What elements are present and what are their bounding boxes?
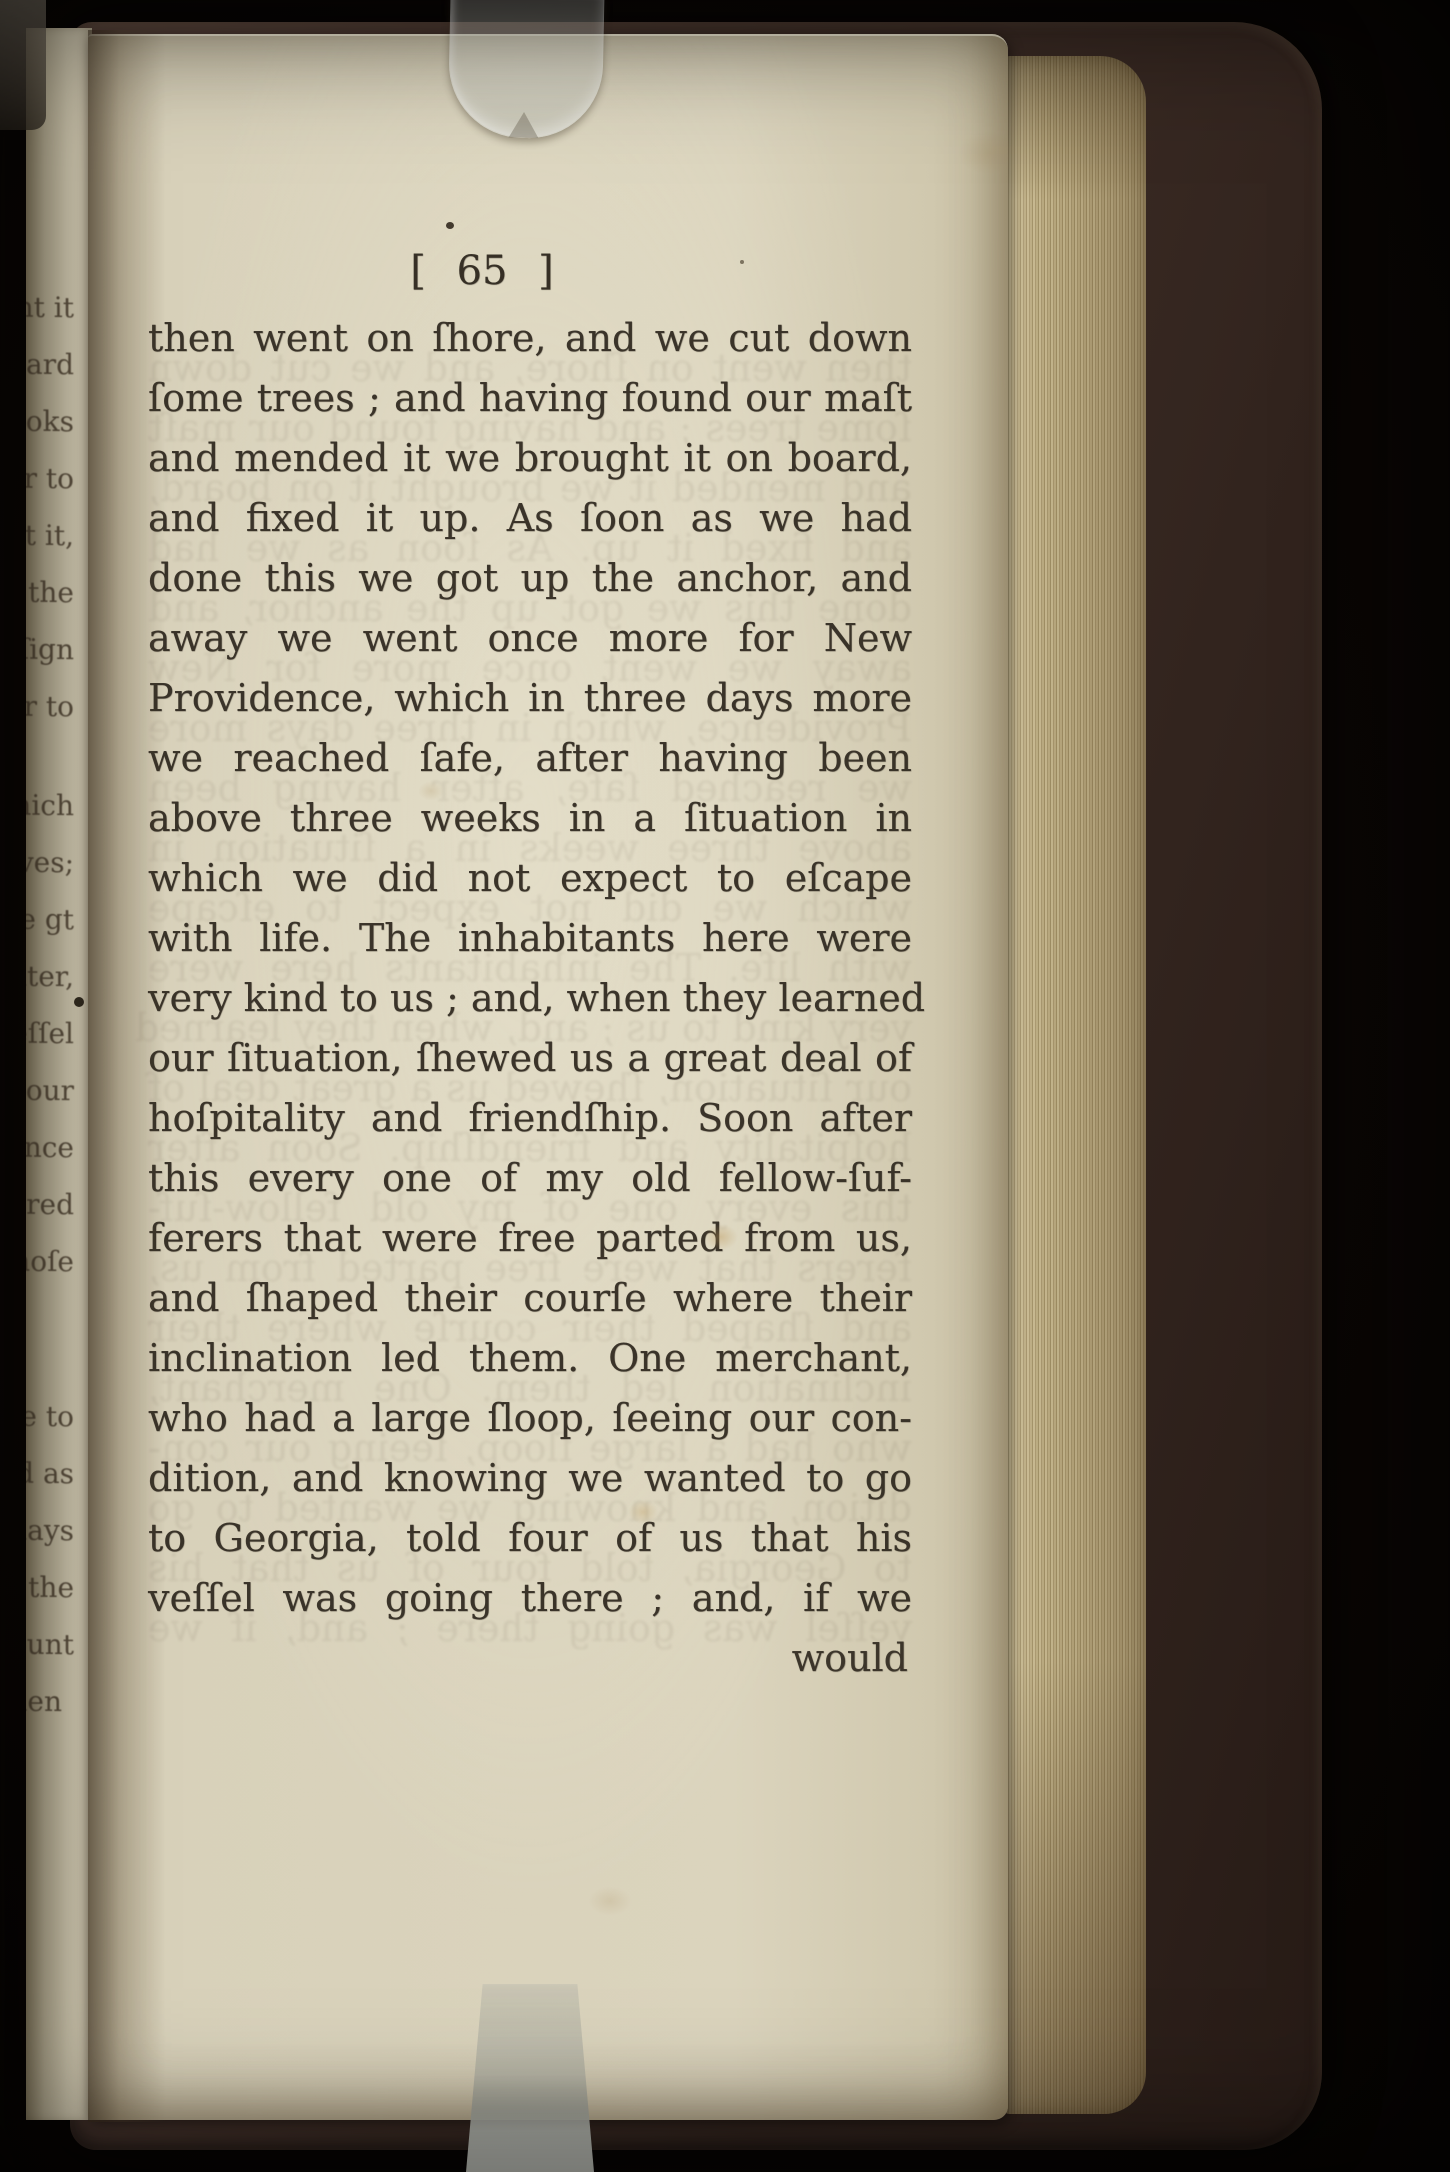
left-page-text-fragment: ceive our [26, 1060, 74, 1119]
paper-stain [588, 1886, 632, 1916]
left-page-text-fragment: ep water, [26, 946, 74, 1005]
left-page-text-fragment: e punt [26, 1614, 74, 1673]
left-page-text-fragment: on board [26, 334, 74, 393]
left-page-text-fragment: em a ſign [26, 619, 74, 678]
ink-speck [74, 997, 84, 1007]
text-line: who had a large ſloop, ſeeing our con- [148, 1388, 912, 1448]
page-number: [ 65 ] [88, 248, 876, 294]
left-page-text-fragment: then [26, 1671, 74, 1730]
book-page: then went on ſhore, and we cut downſome … [88, 34, 1008, 2120]
text-line: hoſpitality and friendſhip. Soon after [148, 1088, 912, 1148]
text-line: which we did not expect to eſcape [148, 848, 912, 908]
left-page-text-fragment: wo days [26, 1500, 74, 1559]
text-line: and mended it we brought it on board, [148, 428, 912, 488]
binding-corner [0, 0, 46, 130]
text-line: and ſhaped their courſe where their [148, 1268, 912, 1328]
left-page-text-fragment: e whoſe [26, 1231, 74, 1290]
text-line: ferers that were free parted from us, [148, 1208, 912, 1268]
left-page-text-fragment: order to [26, 448, 74, 507]
left-page-text-fragment: and the [26, 1557, 74, 1616]
left-page-text-fragment: d, we gt [26, 889, 74, 948]
text-line: then went on ſhore, and we cut down [148, 308, 912, 368]
left-page-text-fragment: oy: which [26, 775, 74, 834]
text-line: inclination led them. One merchant, [148, 1328, 912, 1388]
text-line: this every one of my old fellow-ſuf- [148, 1148, 912, 1208]
text-line: very kind to us ; and, when they learned [148, 968, 912, 1028]
left-page-text-fragment: nd of the [26, 562, 74, 621]
text-line: with life. The inhabitants here were [148, 908, 912, 968]
page-fore-edge [1000, 56, 1146, 2114]
left-page-text-fragment: hawſer to [26, 676, 74, 735]
previous-page-text-fragments: d ſent iton boardat-hooksorder toaught i… [26, 277, 74, 1730]
left-page-text-fragment: ſuffered [26, 1174, 74, 1233]
left-page-text-fragment: elated as [26, 1443, 74, 1502]
text-line: away we went once more for New [148, 608, 912, 668]
page-text: then went on ſhore, and we cut downſome … [148, 308, 912, 1628]
bottom-holding-strap [466, 1984, 594, 2172]
left-page-text-fragment: at-hooks [26, 391, 74, 450]
left-page-text-fragment: he veſſel [26, 1003, 74, 1062]
text-line: done this we got up the anchor, and [148, 548, 912, 608]
ink-speck [446, 222, 454, 229]
text-line: above three weeks in a ſituation in [148, 788, 912, 848]
text-line: veſſel was going there ; and, if we [148, 1568, 912, 1628]
text-line: ſome trees ; and having found our maſt [148, 368, 912, 428]
text-line: and fixed it up. As ſoon as we had [148, 488, 912, 548]
text-line: our ſituation, ſhewed us a great deal of [148, 1028, 912, 1088]
left-page-text-fragment: ur lives; [26, 832, 74, 891]
left-page-text-fragment: aught it, [26, 505, 74, 564]
previous-page-edge: d ſent iton boardat-hooksorder toaught i… [26, 28, 92, 2120]
left-page-text-fragment: liverance [26, 1117, 74, 1176]
text-line: Providence, which in three days more [148, 668, 912, 728]
text-line: we reached ſafe, after having been [148, 728, 912, 788]
left-page-text-fragment: came to [26, 1386, 74, 1445]
left-page-text-fragment: d ſent it [26, 277, 74, 336]
ink-speck [740, 260, 744, 264]
book-photo: d ſent iton boardat-hooksorder toaught i… [0, 0, 1450, 2172]
text-line: to Georgia, told four of us that his [148, 1508, 912, 1568]
catchword: would [148, 1628, 908, 1688]
text-line: dition, and knowing we wanted to go [148, 1448, 912, 1508]
